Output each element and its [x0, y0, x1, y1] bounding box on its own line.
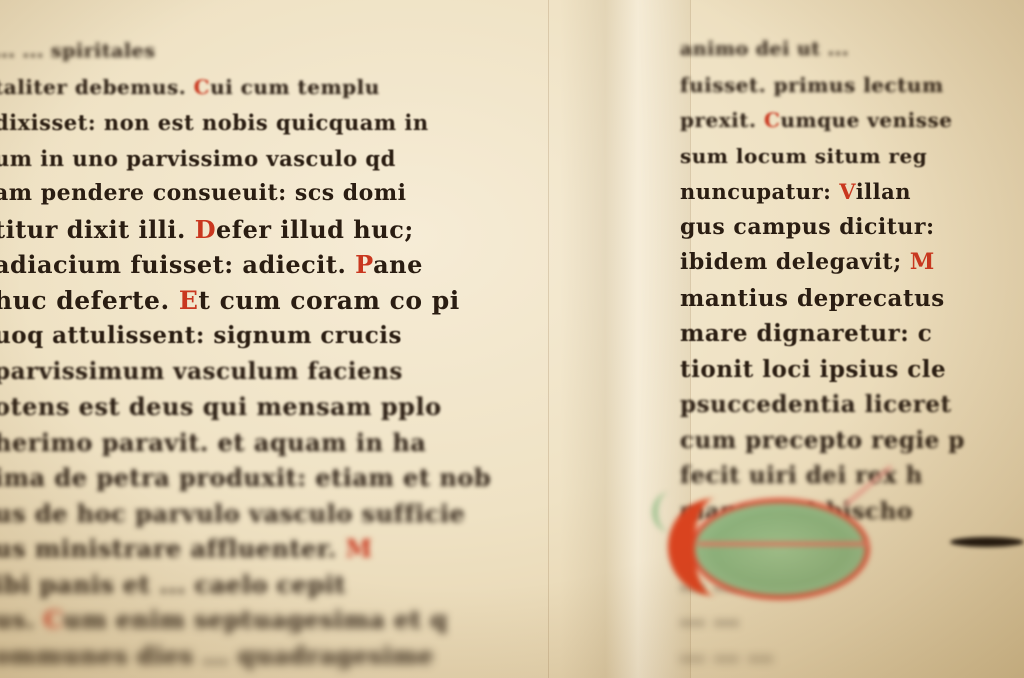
manuscript-line: dixisset: non est nobis quicquam in: [0, 105, 491, 141]
manuscript-line: um in uno parvissimo vasculo qd: [0, 141, 491, 177]
manuscript-line: us. Cum enim septuagesima et q: [0, 602, 491, 638]
manuscript-line: sum locum situm reg: [680, 139, 965, 175]
manuscript-line: ibidem delegavit; M: [680, 245, 965, 281]
manuscript-line: prexit. Cumque venisse: [680, 103, 965, 139]
manuscript-line: tionit loci ipsius cle: [680, 352, 965, 388]
manuscript-line: fuisset. primus lectum: [680, 68, 965, 104]
rubricated-initial: D: [195, 215, 216, 244]
manuscript-line: ima de petra produxit: etiam et nob: [0, 460, 491, 496]
rubricated-initial: V: [839, 179, 855, 204]
rubricated-initial: E: [179, 286, 199, 315]
manuscript-line: ... ... ...: [680, 636, 965, 672]
manuscript-line: ommunes dies ... quadragesime: [0, 638, 491, 674]
manuscript-line: us ministrare affluenter. M: [0, 531, 491, 567]
manuscript-line: animo dei ut ...: [680, 32, 965, 68]
decorated-initial-c: [668, 492, 868, 600]
manuscript-line: uoq attulissent: signum crucis: [0, 318, 491, 354]
manuscript-line: otens est deus qui mensam pplo: [0, 389, 491, 425]
manuscript-line: taliter debemus. Cui cum templu: [0, 70, 491, 106]
left-text-column: ... ... spiritalestaliter debemus. Cui c…: [0, 34, 491, 673]
manuscript-line: cum precepto regie p: [680, 423, 965, 459]
manuscript-line: herimo paravit. et aquam in ha: [0, 425, 491, 461]
rubricated-initial: M: [910, 249, 935, 275]
manuscript-line: mantius deprecatus: [680, 281, 965, 317]
manuscript-line: titur dixit illi. Defer illud huc;: [0, 212, 491, 248]
ruling-line: [548, 0, 549, 678]
rubricated-initial: C: [44, 605, 64, 634]
manuscript-line: huc deferte. Et cum coram co pi: [0, 283, 491, 319]
manuscript-line: parvissimum vasculum faciens: [0, 354, 491, 390]
manuscript-line: am pendere consueuit: scs domi: [0, 176, 491, 212]
manuscript-line: adiacium fuisset: adiecit. Pane: [0, 247, 491, 283]
manuscript-line: us de hoc parvulo vasculo sufficie: [0, 496, 491, 532]
manuscript-line: nuncupatur: Villan: [680, 174, 965, 210]
manuscript-photo: ... ... spiritalestaliter debemus. Cui c…: [0, 0, 1024, 678]
rubricated-initial: C: [764, 108, 780, 132]
red-letter-stroke: [668, 498, 764, 596]
manuscript-line: ... ... spiritales: [0, 34, 491, 70]
manuscript-line: gus campus dicitur:: [680, 210, 965, 246]
ink-stain: [950, 537, 1024, 547]
manuscript-line: fecit uiri dei rex h: [680, 458, 965, 494]
red-crossbar: [698, 542, 868, 546]
rubricated-initial: P: [355, 250, 373, 279]
manuscript-line: ... ...: [680, 600, 965, 636]
manuscript-line: psuccedentia liceret: [680, 387, 965, 423]
rubricated-initial: C: [194, 75, 210, 99]
rubricated-initial: M: [345, 534, 372, 563]
manuscript-line: mare dignaretur: c: [680, 316, 965, 352]
manuscript-line: ibi panis et ... caelo cepit: [0, 567, 491, 603]
